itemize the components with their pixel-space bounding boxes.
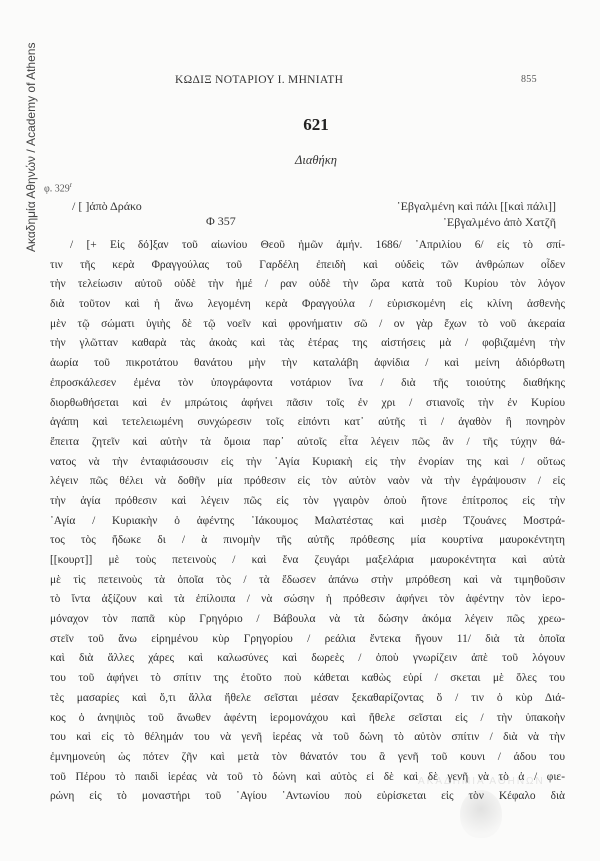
text-line: νατος νὰ τὴν ἐνταφιάσουσιν εἰς τὴν ᾿Αγία…: [50, 453, 565, 473]
margin-note-right-2: ᾿Εβγαλμένο ἀπὸ Χατζῆ: [443, 215, 556, 230]
text-line: λέγειν πῶς θέλει νὰ δοθῆν μία πρόθεσιν ε…: [50, 472, 565, 492]
text-line: τὸ ἵντα ἀξίζουν καὶ τὰ ἐπίλοιπα / νὰ σώσ…: [50, 590, 565, 610]
stamp-text: ΑΚΑΔΗΜΙΑ ΑΘΗΝΩΝ: [418, 776, 545, 787]
text-line: διορθωθήσεται καὶ ἐν μπρώτοις ἀφήνει πᾶσ…: [50, 394, 565, 414]
running-head-title: ΚΩΔΙΞ ΝΟΤΑΡΙΟΥ Ι. ΜΗΝΙΑΤΗ: [175, 74, 343, 86]
text-line: ἐμνημονεύη ὡς πότεν ζῆν καὶ μετὰ τὸν θάν…: [50, 748, 565, 768]
archive-watermark: Ακαδημία Αθηνών / Academy of Athens: [24, 43, 38, 252]
text-line: [[κουρτ]] μὲ τοὺς πετεινοὺς / καὶ ἕνα ζε…: [50, 551, 565, 571]
text-line: κος ὁ ἀνηψιὸς τοῦ ἄνωθεν ἀφέντη ἱερομονά…: [50, 709, 565, 729]
text-line: τὴν τελείωσιν αὐτοῦ οὐδὲ τὴν ἡμέ / ραν ο…: [50, 275, 565, 295]
text-line: διὰ τοῦτον καὶ ἡ ἄνω λεγομένη κερὰ Φραγγ…: [50, 295, 565, 315]
text-line: μὲν τῷ σώματι ὑγιὴς δὲ τῷ νοεῖν καὶ φρον…: [50, 315, 565, 335]
text-line: / [+ Εἰς δό]ξαν τοῦ αἰωνίου Θεοῦ ἡμῶν ἀμ…: [50, 236, 565, 256]
folio-label: φ. 329: [44, 183, 70, 194]
text-line: τὴν ἁγία πρόθεσιν καὶ λέγειν πῶς εἰς τὸν…: [50, 492, 565, 512]
text-line: καὶ διὰ ἄλλες χάρες καὶ καλωσύνες καὶ δω…: [50, 649, 565, 669]
margin-note-right-1: ᾿Εβγαλμένη καὶ πάλι [[καὶ πάλι]]: [397, 199, 556, 214]
text-line: ἀωρία τοῦ πικροτάτου θανάτου μὴν τὴν κατ…: [50, 354, 565, 374]
text-line: του καὶ εἰς τὸ θέλημάν του νὰ γενῆ ἱερέα…: [50, 728, 565, 748]
text-line: τὴν γλῶτταν καθαρὰ τὰς ἀκοὰς καὶ τὰς ἑτέ…: [50, 334, 565, 354]
text-line: τος τὸς ἤδωκε δι / ὰ πινομὴν τῆς αὐτῆς π…: [50, 531, 565, 551]
document-number: 621: [0, 115, 600, 135]
folio-reference: φ. 329r: [44, 181, 72, 194]
text-line: του τοῦ ἀφήνει τὸ σπίτιν της ἐτοῦτο ποὺ …: [50, 669, 565, 689]
text-line: ἀγάπη καὶ τετελειωμένη συνχώρεσιν τοῖς ε…: [50, 413, 565, 433]
page-number: 855: [521, 74, 537, 85]
text-line: τιν τῆς κερὰ Φραγγούλας τοῦ Γαρδέλη ἐπει…: [50, 256, 565, 276]
text-line: στεῖν τοῦ ἄνω εἰρημένου κὺρ Γρηγορίου / …: [50, 630, 565, 650]
text-line: ᾿Αγία / Κυριακὴν ὁ ἀφέντης ᾿Ιάκουμος Μαλ…: [50, 512, 565, 532]
margin-note-left: / [ ]άπὸ Δράκο: [72, 199, 142, 214]
folio-superscript: r: [70, 181, 72, 189]
library-stamp-icon: [460, 790, 502, 838]
document-title: Διαθήκη: [0, 153, 600, 168]
text-line: ἐπροσκάλεσεν ἐμένα τὸν ὑπογράφοντα νοτάρ…: [50, 374, 565, 394]
text-line: μόναχον τὸν παπᾶ κὺρ Γρηγόριο / Βάβουλα …: [50, 610, 565, 630]
document-body: / [+ Εἰς δό]ξαν τοῦ αἰωνίου Θεοῦ ἡμῶν ἀμ…: [50, 236, 565, 807]
text-line: μὲ τὶς πετεινοὺς τὰ ὁποῖα τὸς / τὰ ἔδωσε…: [50, 571, 565, 591]
text-line: ἔπειτα ζητεῖν καὶ αὐτὴν τὰ ὅμοια παρ᾿ αὐ…: [50, 433, 565, 453]
margin-note-center: Φ 357: [206, 214, 236, 229]
text-line: τὲς μασαρίες καὶ ὅ,τι ἄλλα ἤθελε σεῖσται…: [50, 689, 565, 709]
